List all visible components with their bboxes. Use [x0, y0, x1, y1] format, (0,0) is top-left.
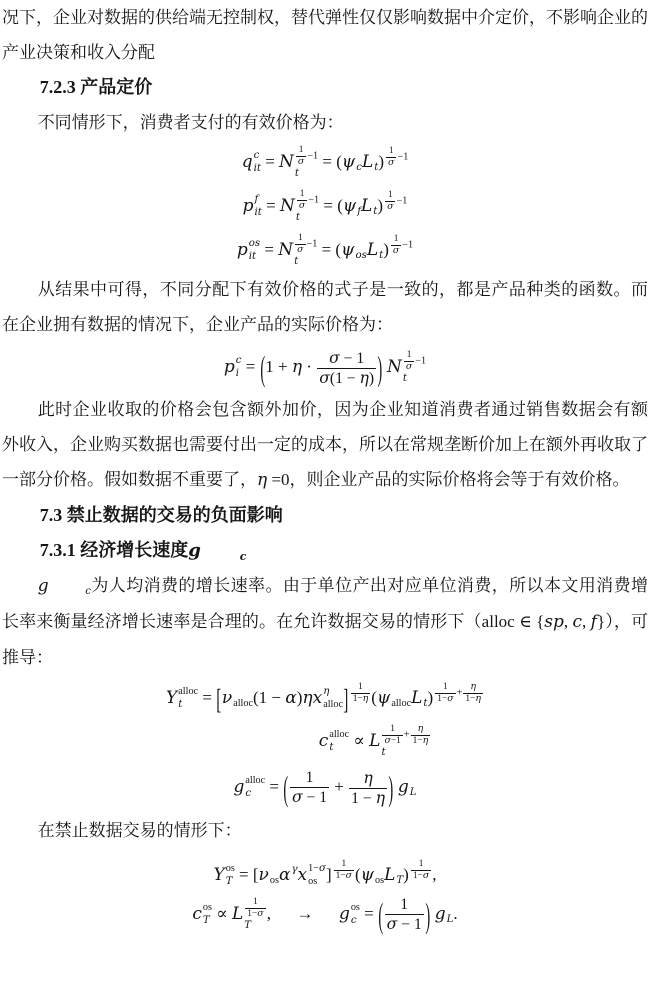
- paragraph-forbid-trade: 在禁止数据交易的情形下：: [2, 813, 648, 848]
- equation-actual-price-markup: pci = (1 + η · σ − 1σ(1 − η)) N1σ−1t: [2, 342, 648, 392]
- equation-effective-price-firm: pfit = N1σ−1t = (ψfLt)1σ−1: [2, 184, 648, 228]
- equation-output-os: YosT = [νosαγx1−σos]11−σ(ψosLT)11−σ,: [2, 854, 648, 896]
- equation-consumption-growth-os: cosT ∝ L11−σT, → gosc = (1σ − 1) gL.: [2, 896, 648, 932]
- equation-output-alloc: Yalloct = [νalloc(1 − α)ηxηalloc]11−η(ψa…: [2, 675, 648, 721]
- equation-growth-alloc: gallocc = (1σ − 1 + η1 − η) gL: [2, 761, 648, 813]
- paragraph-pricing-intro: 不同情形下，消费者支付的有效价格为：: [2, 105, 648, 140]
- equation-effective-price-consumer: qcit = N1σ−1t = (ψcLt)1σ−1: [2, 140, 648, 184]
- paragraph-continuation: 况下，企业对数据的供给端无控制权，替代弹性仅仅影响数据中介定价，不影响企业的产业…: [2, 0, 648, 70]
- heading-7-3: 7.3 禁止数据的交易的负面影响: [2, 498, 648, 533]
- equation-effective-price-os: posit = N1σ−1t = (ψosLt)1σ−1: [2, 228, 648, 272]
- heading-7-3-1: 7.3.1 经济增长速度gc: [2, 533, 648, 568]
- document-page: 况下，企业对数据的供给端无控制权，替代弹性仅仅影响数据中介定价，不影响企业的产业…: [0, 0, 650, 995]
- paragraph-growth-rate: gc为人均消费的增长速率。由于单位产出对应单位消费，所以本文用消费增长率来衡量经…: [2, 568, 648, 675]
- paragraph-markup-explanation: 此时企业收取的价格会包含额外加价，因为企业知道消费者通过销售数据会有额外收入，企…: [2, 392, 648, 498]
- equation-consumption-alloc: calloct ∝ L1σ−1+η1−ηt: [52, 721, 650, 761]
- paragraph-result: 从结果中可得，不同分配下有效价格的式子是一致的，都是产品种类的函数。而在企业拥有…: [2, 272, 648, 342]
- heading-7-2-3: 7.2.3 产品定价: [2, 70, 648, 105]
